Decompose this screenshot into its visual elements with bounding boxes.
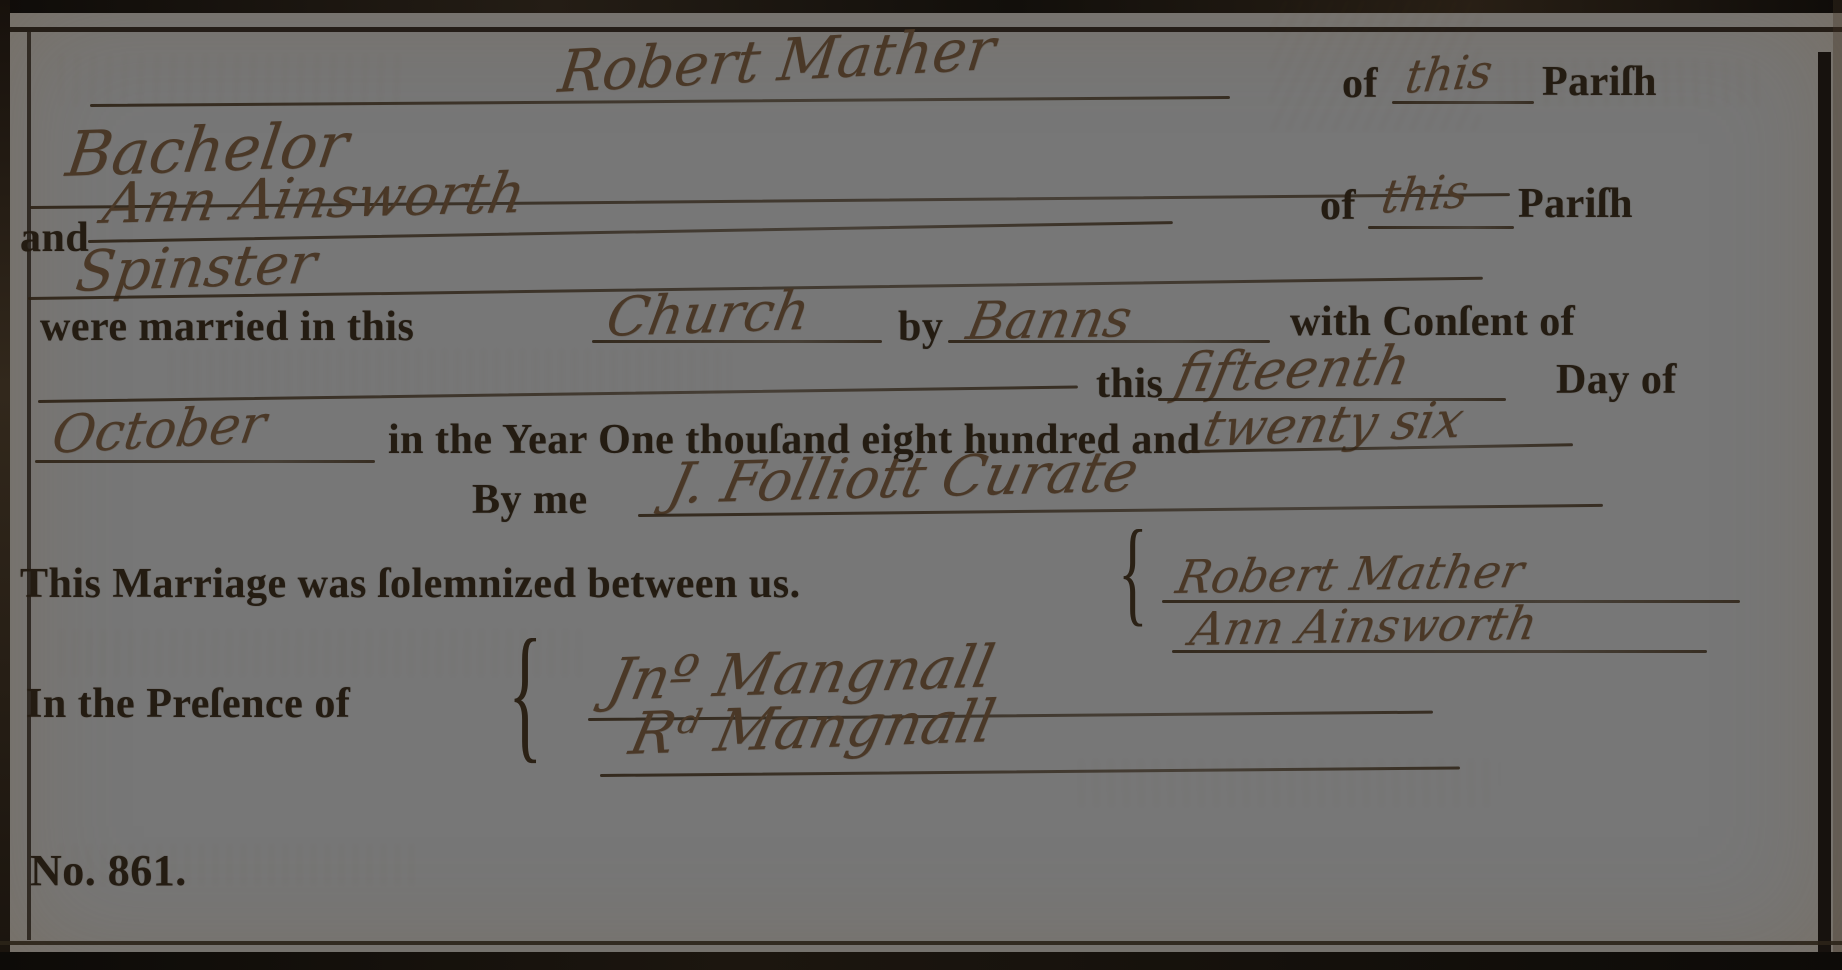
ruled-line bbox=[1172, 650, 1707, 653]
day-of-label: Day of bbox=[1556, 356, 1677, 404]
border-bottom-rule bbox=[0, 941, 1842, 945]
border-top-band bbox=[0, 0, 1842, 13]
couple-brace: { bbox=[1118, 506, 1148, 641]
bride-signature-handwritten: Ann Ainsworth bbox=[1186, 596, 1542, 656]
border-left-band bbox=[0, 0, 10, 970]
ruled-line bbox=[1368, 226, 1514, 229]
border-right-edge bbox=[1833, 0, 1842, 970]
of-label: of bbox=[1320, 182, 1356, 230]
ink-bleed-smudge bbox=[60, 630, 580, 676]
solemnized-label: This Marriage was ſolemnized between us. bbox=[20, 560, 801, 608]
ruled-line bbox=[600, 766, 1460, 777]
married-prefix-label: were married in this bbox=[40, 303, 414, 351]
entry-number: No. 861. bbox=[30, 845, 187, 896]
officiant-signature-handwritten: J. Folliott Curate bbox=[662, 439, 1145, 517]
month-handwritten: October bbox=[48, 394, 270, 466]
witness-brace: { bbox=[508, 606, 543, 780]
groom-parish-handwritten: this bbox=[1402, 43, 1496, 104]
of-label: of bbox=[1342, 60, 1378, 108]
ink-bleed-smudge bbox=[60, 55, 400, 105]
border-left-rule bbox=[27, 32, 31, 940]
border-bottom-band bbox=[0, 952, 1842, 970]
this-label: this bbox=[1096, 360, 1163, 408]
ink-bleed-smudge bbox=[170, 350, 730, 394]
groom-signature-handwritten: Robert Mather bbox=[1172, 544, 1528, 604]
witness2-signature-handwritten: Rᵈ Mangnall bbox=[624, 687, 1001, 768]
presence-label: In the Preſence of bbox=[26, 680, 350, 728]
by-me-label: By me bbox=[472, 476, 588, 524]
parish-label: Pariſh bbox=[1518, 180, 1633, 228]
ruled-line bbox=[592, 340, 882, 343]
bride-name-handwritten: Ann Ainsworth bbox=[98, 161, 530, 237]
by-label: by bbox=[898, 303, 943, 351]
marriage-register-page: Robert Mather of this Pariſh Bachelor an… bbox=[0, 0, 1842, 970]
bride-parish-handwritten: this bbox=[1378, 163, 1472, 224]
border-right-rule bbox=[1818, 52, 1831, 957]
ruled-line bbox=[35, 460, 375, 463]
place-handwritten: Church bbox=[602, 279, 815, 349]
ruled-line bbox=[1392, 101, 1534, 104]
parish-label: Pariſh bbox=[1542, 58, 1657, 106]
